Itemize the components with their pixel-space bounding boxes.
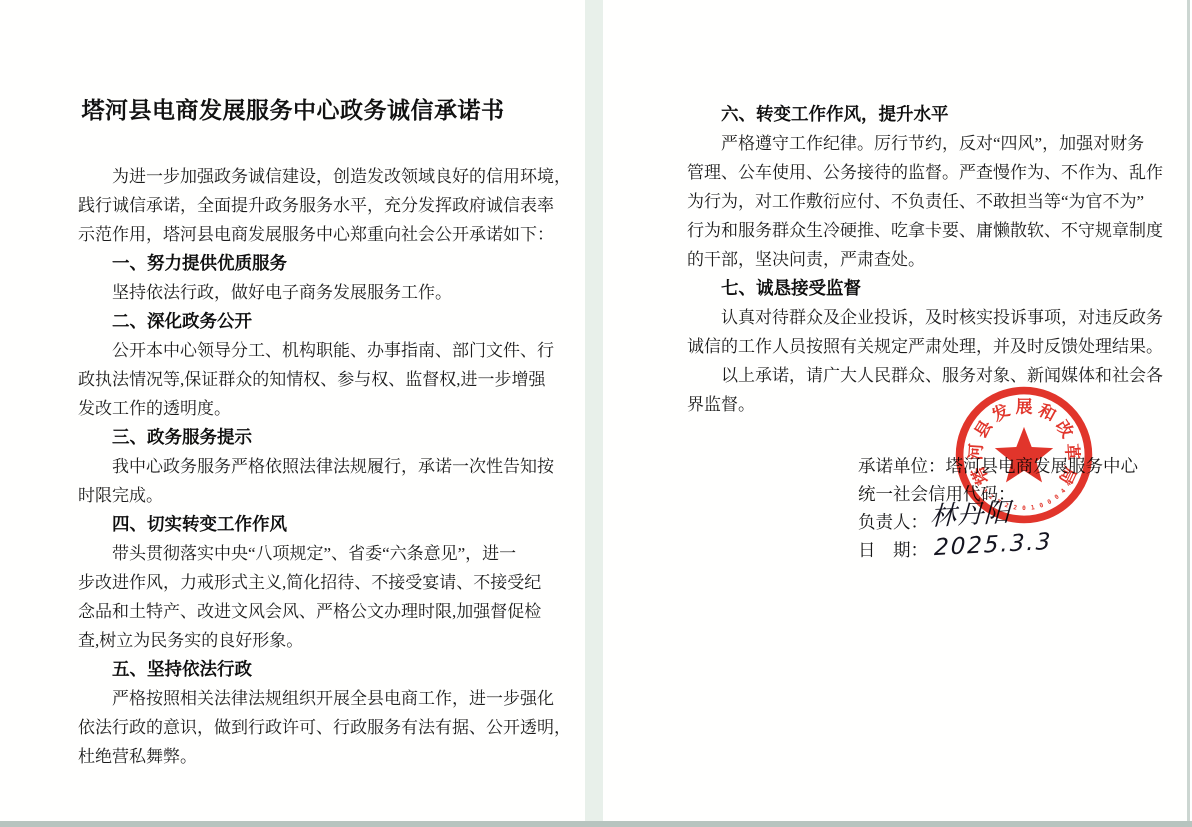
- signature-credit-code-line: 统一社会信用代码：: [858, 480, 1188, 508]
- section-heading: 五、坚持依法行政: [78, 655, 530, 684]
- section-heading: 三、政务服务提示: [78, 423, 530, 452]
- left-page-lines: 为进一步加强政务诚信建设，创造发改领域良好的信用环境，践行诚信承诺，全面提升政务…: [78, 162, 530, 771]
- body-line: 政执法情况等,保证群众的知情权、参与权、监督权,进一步增强: [78, 365, 530, 394]
- section-heading: 七、诚恳接受监督: [687, 274, 1139, 303]
- body-line: 时限完成。: [78, 481, 530, 510]
- stamp-arc-char: 改: [1052, 416, 1078, 441]
- stamp-arc-char: 县: [971, 417, 996, 442]
- principal-handwritten-signature: 林丹阳: [930, 499, 1012, 531]
- body-line: 查,树立为民务实的良好形象。: [78, 626, 530, 655]
- body-line: 步改进作风，力戒形式主义,简化招待、不接受宴请、不接受纪: [78, 568, 530, 597]
- body-line: 管理、公车使用、公务接待的监督。严查慢作为、不作为、乱作: [687, 158, 1139, 187]
- scan-bottom-bar: [0, 821, 1192, 827]
- body-line: 我中心政务服务严格依照法律法规履行，承诺一次性告知按: [78, 452, 530, 481]
- body-line: 行为和服务群众生冷硬推、吃拿卡要、庸懒散软、不守规章制度: [687, 216, 1139, 245]
- body-line: 杜绝营私舞弊。: [78, 742, 530, 771]
- page-gutter: [585, 0, 603, 821]
- body-line: 诚信的工作人员按照有关规定严肃处理，并及时反馈处理结果。: [687, 332, 1139, 361]
- body-line: 为进一步加强政务诚信建设，创造发改领域良好的信用环境，: [78, 162, 530, 191]
- body-line: 的干部，坚决问责，严肃查处。: [687, 245, 1139, 274]
- signature-block: 承诺单位：塔河县电商发展服务中心 统一社会信用代码： 负责人： 林丹阳 日 期：…: [858, 452, 1188, 564]
- body-line: 认真对待群众及企业投诉，及时核实投诉事项，对违反政务: [687, 303, 1139, 332]
- body-line: 公开本中心领导分工、机构职能、办事指南、部门文件、行: [78, 336, 530, 365]
- body-line: 界监督。: [687, 390, 1139, 419]
- document-page-left: 塔河县电商发展服务中心政务诚信承诺书 为进一步加强政务诚信建设，创造发改领域良好…: [0, 0, 585, 821]
- document-title: 塔河县电商发展服务中心政务诚信承诺书: [70, 92, 516, 125]
- section-heading: 四、切实转变工作作风: [78, 510, 530, 539]
- section-heading: 二、深化政务公开: [78, 307, 530, 336]
- date-handwritten-value: 2025.3.3: [934, 528, 1053, 562]
- scan-right-edge: [1187, 0, 1190, 821]
- body-line: 坚持依法行政，做好电子商务发展服务工作。: [78, 278, 530, 307]
- date-label: 日 期：: [858, 540, 928, 560]
- right-page-lines: 六、转变工作作风，提升水平严格遵守工作纪律。厉行节约，反对“四风”，加强对财务管…: [687, 100, 1139, 419]
- section-heading: 六、转变工作作风，提升水平: [687, 100, 1139, 129]
- body-line: 严格遵守工作纪律。厉行节约，反对“四风”，加强对财务: [687, 129, 1139, 158]
- section-heading: 一、努力提供优质服务: [78, 249, 530, 278]
- body-line: 发改工作的透明度。: [78, 394, 530, 423]
- document-page-right: 六、转变工作作风，提升水平严格遵守工作纪律。厉行节约，反对“四风”，加强对财务管…: [603, 0, 1188, 821]
- body-line: 为行为，对工作敷衍应付、不负责任、不敢担当等“为官不为”: [687, 187, 1139, 216]
- signature-unit-line: 承诺单位：塔河县电商发展服务中心: [858, 452, 1188, 480]
- signature-date-line: 日 期： 2025.3.3: [858, 536, 1188, 564]
- body-line: 践行诚信承诺，全面提升政务服务水平，充分发挥政府诚信表率: [78, 191, 530, 220]
- principal-label: 负责人：: [858, 512, 928, 532]
- body-line: 以上承诺，请广大人民群众、服务对象、新闻媒体和社会各: [687, 361, 1139, 390]
- body-line: 带头贯彻落实中央“八项规定”、省委“六条意见”，进一: [78, 539, 530, 568]
- body-line: 严格按照相关法律法规组织开展全县电商工作，进一步强化: [78, 684, 530, 713]
- body-line: 念品和土特产、改进文风会风、严格公文办理时限,加强督促检: [78, 597, 530, 626]
- body-line: 依法行政的意识，做到行政许可、行政服务有法有据、公开透明，: [78, 713, 530, 742]
- body-line: 示范作用，塔河县电商发展服务中心郑重向社会公开承诺如下：: [78, 220, 530, 249]
